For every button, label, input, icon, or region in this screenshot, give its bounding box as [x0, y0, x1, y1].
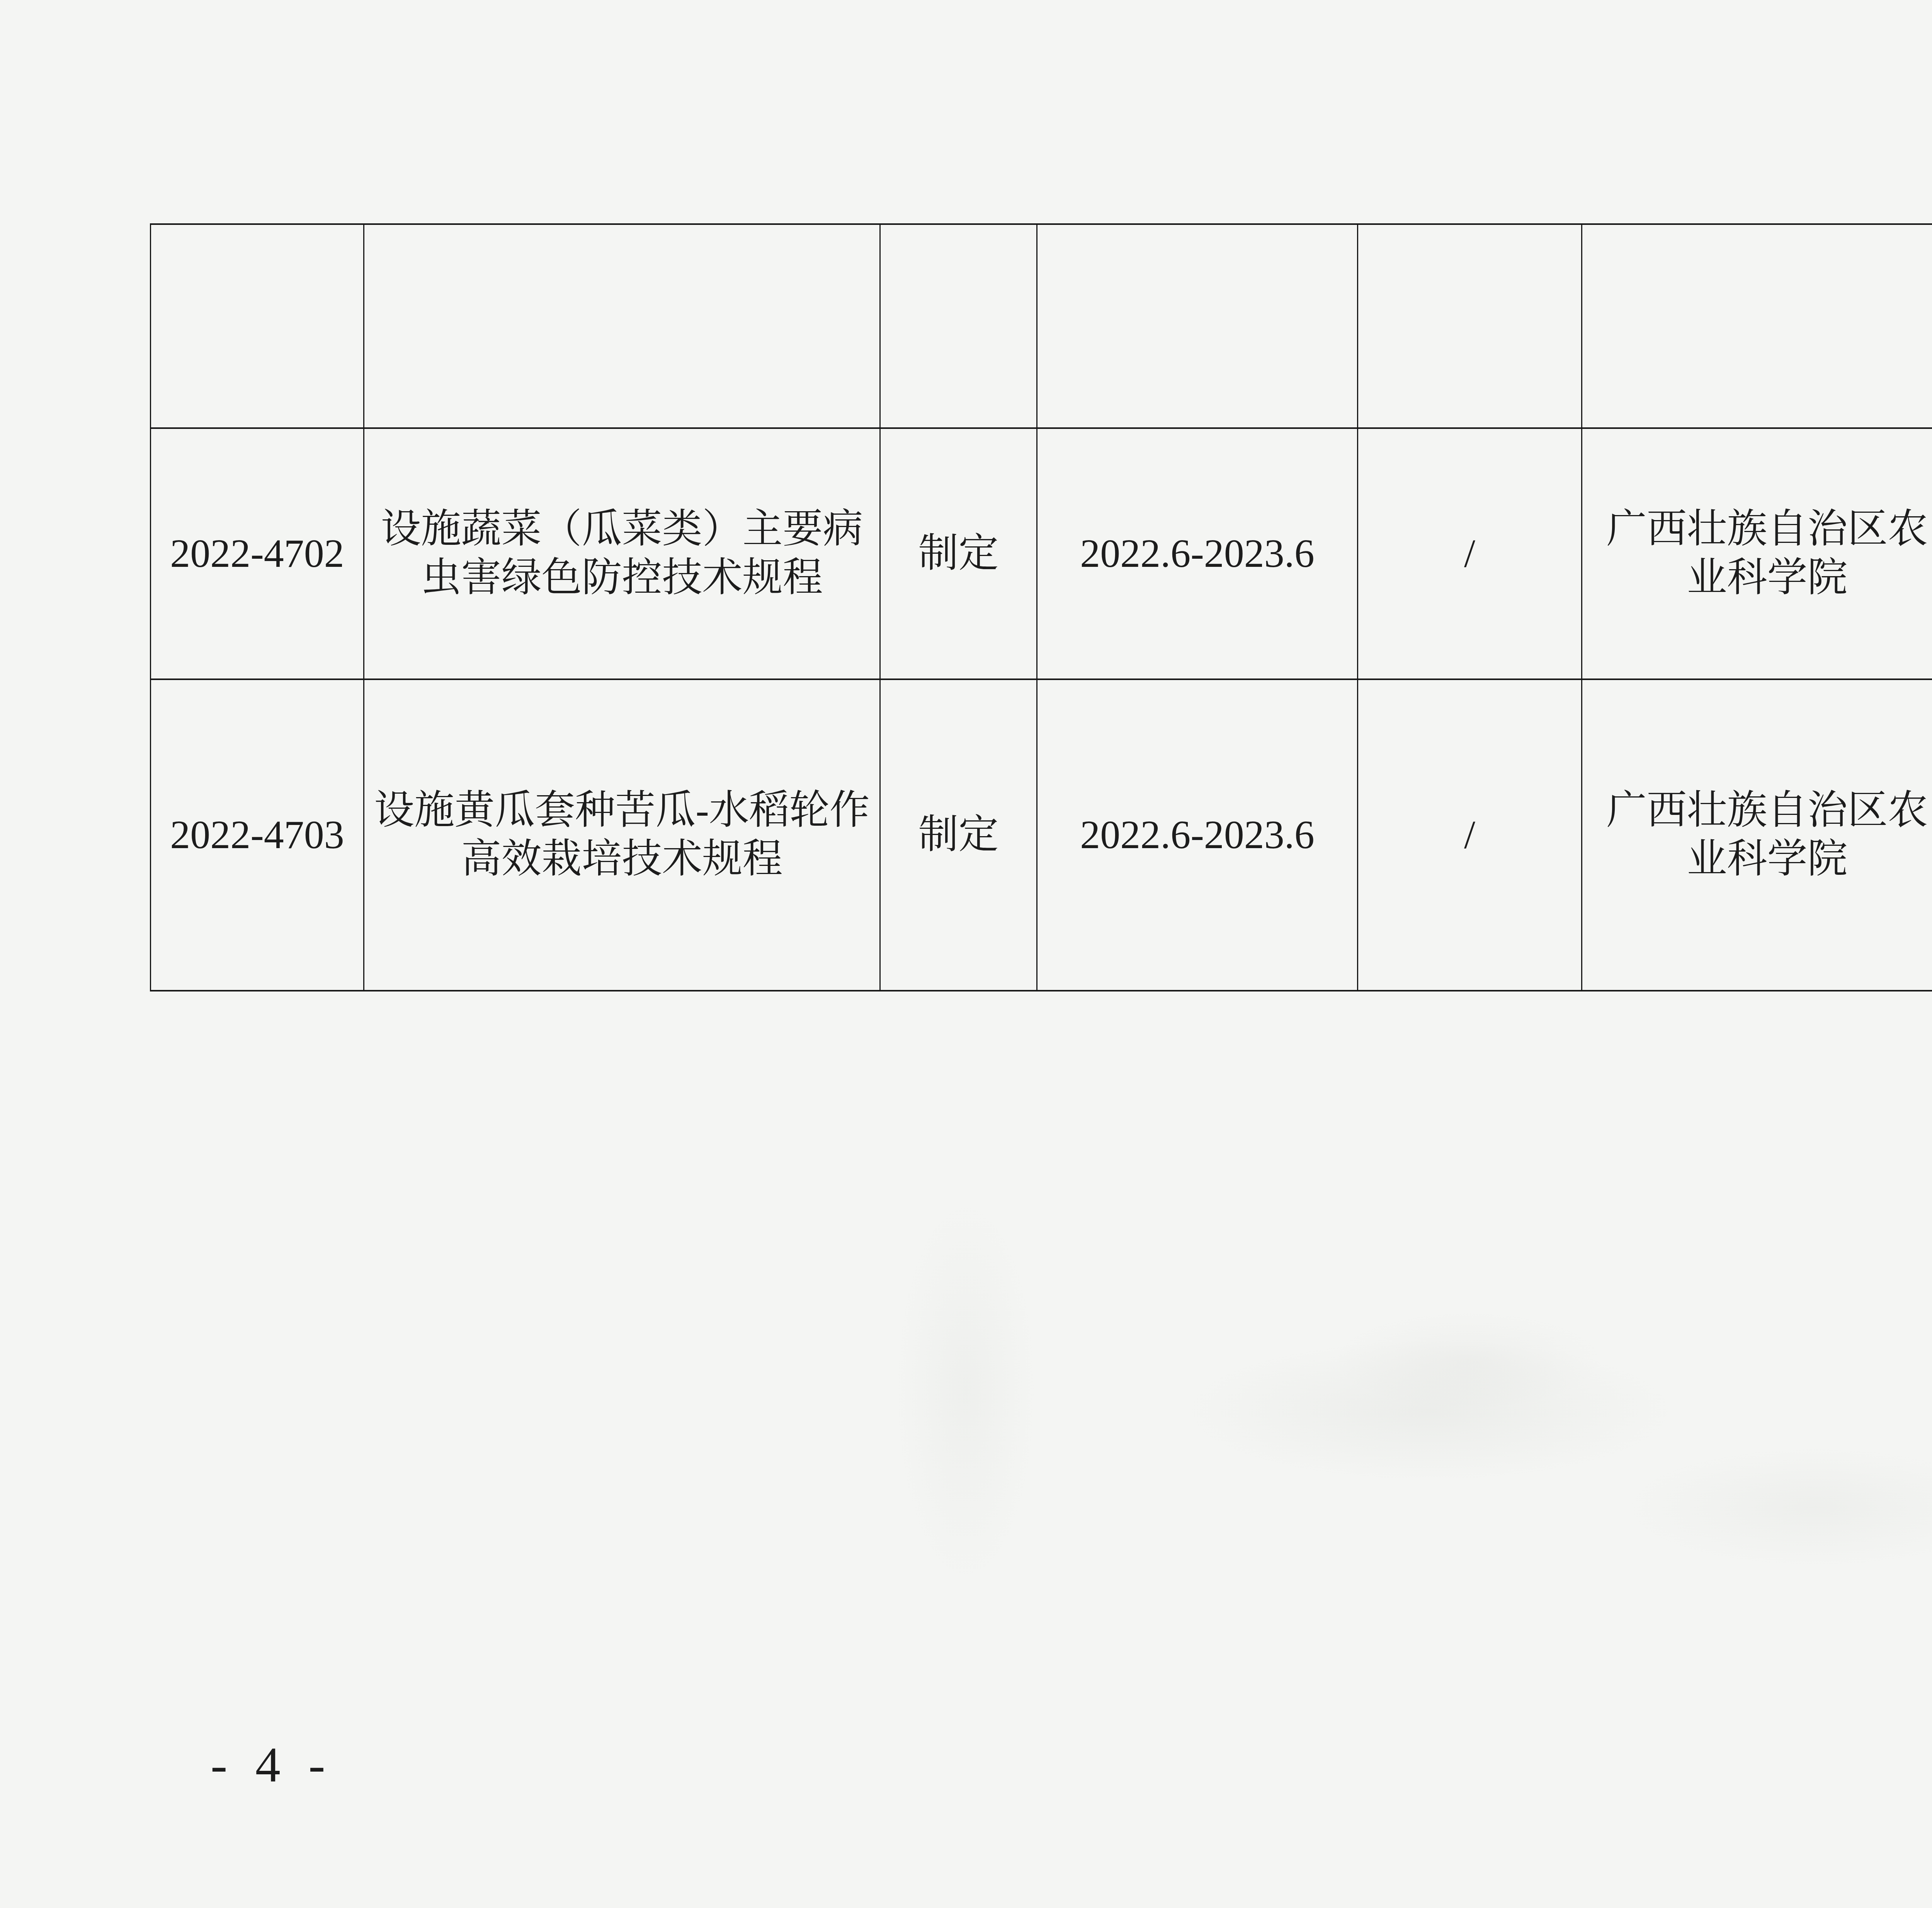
cell-empty — [1037, 224, 1358, 428]
cell-lead-org: 广西壮族自治区农业科学院 — [1582, 679, 1932, 991]
cell-schedule: 2022.6-2023.6 — [1037, 428, 1358, 679]
standards-plan-table: 果业有限责任公司、广西宏邦食品有限公司、广西华林食品有限公司、田东县平马镇百冠果… — [150, 223, 1932, 991]
cell-project-id: 2022-4702 — [151, 428, 364, 679]
cell-action-type: 制定 — [880, 679, 1037, 991]
cell-slash: / — [1358, 428, 1582, 679]
cell-slash: / — [1358, 679, 1582, 991]
cell-empty — [880, 224, 1037, 428]
cell-standard-name: 设施黄瓜套种苦瓜-水稻轮作高效栽培技术规程 — [364, 679, 880, 991]
cell-empty — [151, 224, 364, 428]
cell-lead-org: 广西壮族自治区农业科学院 — [1582, 428, 1932, 679]
table-row: 2022-4702 设施蔬菜（瓜菜类）主要病虫害绿色防控技术规程 制定 2022… — [151, 428, 1932, 679]
cell-empty — [1358, 224, 1582, 428]
page-number: - 4 - — [211, 1738, 333, 1792]
cell-standard-name: 设施蔬菜（瓜菜类）主要病虫害绿色防控技术规程 — [364, 428, 880, 679]
table-row: 果业有限责任公司、广西宏邦食品有限公司、广西华林食品有限公司、田东县平马镇百冠果… — [151, 224, 1932, 428]
table-row: 2022-4703 设施黄瓜套种苦瓜-水稻轮作高效栽培技术规程 制定 2022.… — [151, 679, 1932, 991]
scanned-document-page: { "page": { "number_label": "- 4 -", "pa… — [0, 0, 1932, 1908]
cell-empty — [1582, 224, 1932, 428]
cell-schedule: 2022.6-2023.6 — [1037, 679, 1358, 991]
cell-action-type: 制定 — [880, 428, 1037, 679]
cell-empty — [364, 224, 880, 428]
cell-project-id: 2022-4703 — [151, 679, 364, 991]
